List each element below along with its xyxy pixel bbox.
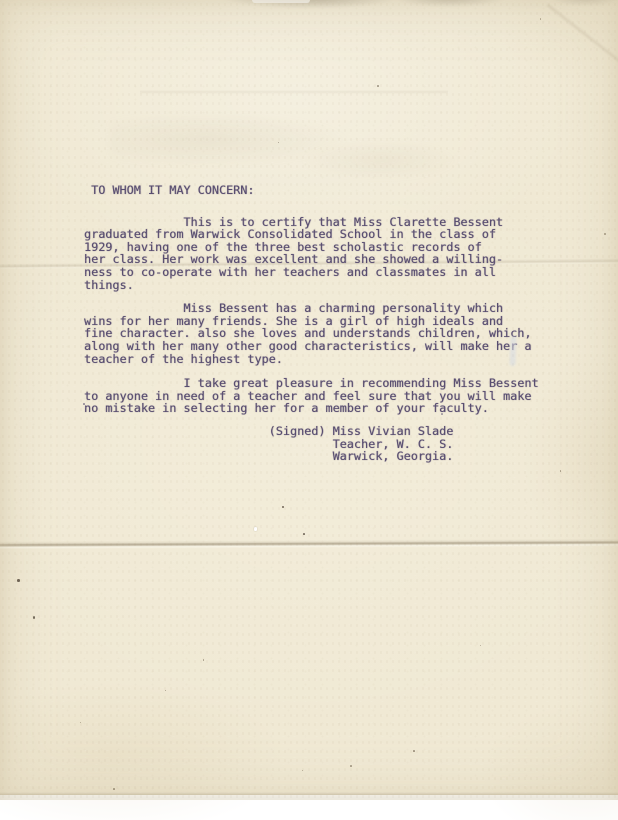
aging-blotch xyxy=(480,700,618,800)
aging-blotch xyxy=(500,0,618,90)
paper-edge-shadow xyxy=(548,0,618,6)
paragraph-3: I take great pleasure in recommending Mi… xyxy=(84,377,539,415)
paper-speck xyxy=(303,533,305,535)
signature-location-line: Warwick, Georgia. xyxy=(84,450,539,463)
letter-line: things. xyxy=(84,279,539,292)
paper-speck xyxy=(302,770,303,771)
paragraph-1: This is to certify that Miss Clarette Be… xyxy=(84,216,539,292)
ghost-smudge xyxy=(110,112,350,167)
letter-line: along with her many other good character… xyxy=(84,340,539,353)
paper-speck xyxy=(377,85,379,87)
paper-speck xyxy=(33,616,35,619)
paper-speck xyxy=(278,142,279,143)
letter-line: graduated from Warwick Consolidated Scho… xyxy=(84,228,539,241)
letter-body: TO WHOM IT MAY CONCERN: This is to certi… xyxy=(84,184,539,463)
scanner-background-strip xyxy=(0,795,618,800)
aging-blotch xyxy=(0,680,290,800)
scan-edge-sliver xyxy=(252,0,310,3)
corner-crease xyxy=(547,4,618,70)
paper-speck xyxy=(203,659,204,661)
letter-line: I take great pleasure in recommending Mi… xyxy=(84,377,539,390)
paper-speck xyxy=(282,506,284,508)
paper-speck xyxy=(350,765,352,767)
paper-bottom-edge xyxy=(0,792,618,796)
fold-crease-lower xyxy=(0,539,618,550)
paper-speck xyxy=(254,527,257,531)
paper-speck xyxy=(604,233,606,235)
paper-speck xyxy=(165,690,166,691)
paragraph-2: Miss Bessent has a charming personality … xyxy=(84,302,539,365)
scanned-letter-paper: TO WHOM IT MAY CONCERN: This is to certi… xyxy=(0,0,618,800)
letter-line: no mistake in selecting her for a member… xyxy=(84,402,539,415)
paper-speck xyxy=(413,750,415,752)
paper-edge-shadow xyxy=(392,0,507,7)
paper-speck xyxy=(480,645,481,646)
paper-edge-shadow xyxy=(218,0,403,9)
paper-speck xyxy=(80,722,81,723)
paper-speck xyxy=(540,18,541,20)
paper-speck xyxy=(560,470,561,472)
signature-block: (Signed) Miss Vivian Slade Teacher, W. C… xyxy=(84,425,539,463)
salutation: TO WHOM IT MAY CONCERN: xyxy=(84,184,539,197)
letter-line: Miss Bessent has a charming personality … xyxy=(84,302,539,315)
letter-line: ness to co-operate with her teachers and… xyxy=(84,266,539,279)
paper-speck xyxy=(113,788,115,790)
ghost-smudge xyxy=(300,140,460,180)
letter-line: teacher of the highest type. xyxy=(84,353,539,366)
paper-speck xyxy=(17,579,20,582)
signature-signed-line: (Signed) Miss Vivian Slade xyxy=(84,425,539,438)
fold-crease-faint xyxy=(140,90,448,94)
